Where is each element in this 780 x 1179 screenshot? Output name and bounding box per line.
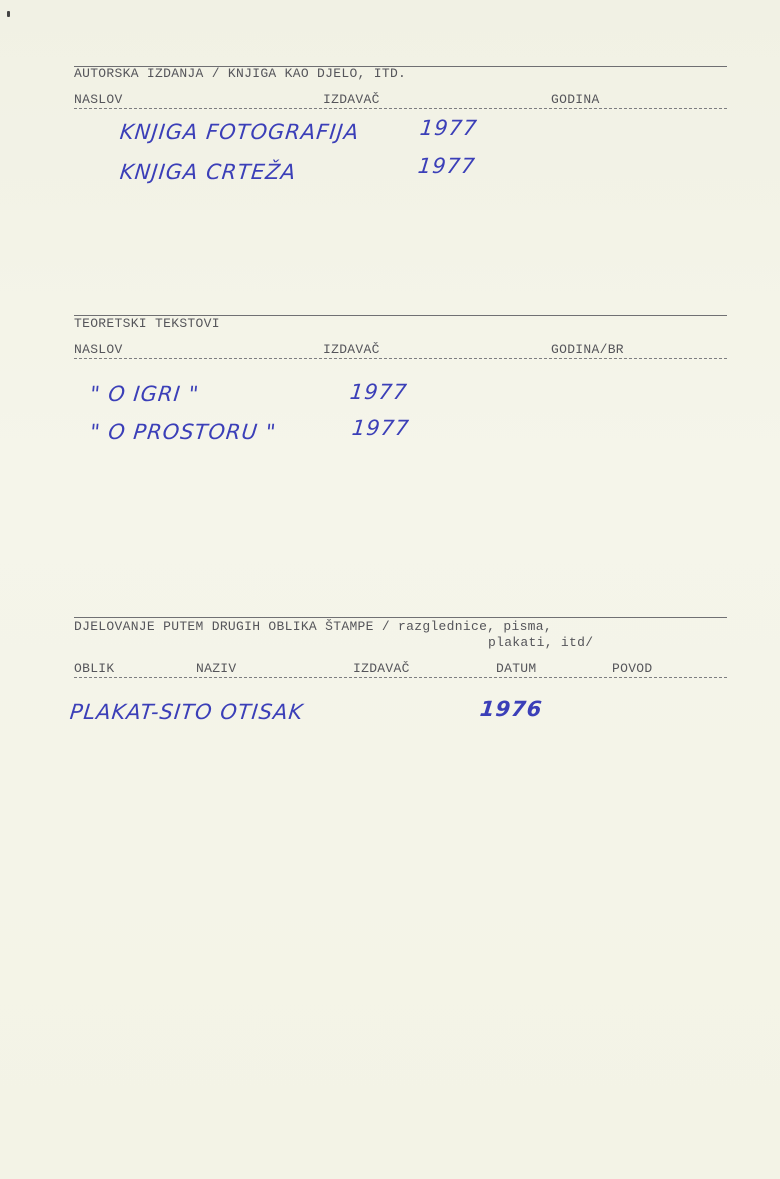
- entry-title: KNJIGA FOTOGRAFIJA: [119, 120, 361, 144]
- column-header-naslov: NASLOV: [74, 342, 123, 357]
- document-page: AUTORSKA IZDANJA / KNJIGA KAO DJELO, ITD…: [0, 0, 780, 1179]
- entry-title: PLAKAT-SITO OTISAK: [69, 700, 305, 724]
- section-title-djelovanje: DJELOVANJE PUTEM DRUGIH OBLIKA ŠTAMPE / …: [74, 619, 552, 634]
- section-title-line2: plakati, itd/: [488, 635, 593, 650]
- header-underline: [74, 108, 727, 109]
- entry-year: 1977: [417, 154, 477, 178]
- column-header-povod: POVOD: [612, 661, 653, 676]
- entry-title: " O PROSTORU ": [89, 420, 278, 444]
- column-header-datum: DATUM: [496, 661, 537, 676]
- entry-title: " O IGRI ": [89, 382, 201, 406]
- entry-year: 1977: [351, 416, 411, 440]
- entry-title: KNJIGA CRTEŽA: [119, 160, 298, 184]
- column-header-naziv: NAZIV: [196, 661, 237, 676]
- column-header-godina: GODINA: [551, 92, 600, 107]
- column-header-izdavac: IZDAVAČ: [323, 342, 380, 357]
- column-header-oblik: OBLIK: [74, 661, 115, 676]
- section-top-rule: [74, 617, 727, 618]
- section-title-teoretski-tekstovi: TEORETSKI TEKSTOVI: [74, 316, 220, 331]
- entry-year: 1977: [349, 380, 409, 404]
- section-title-autorska-izdanja: AUTORSKA IZDANJA / KNJIGA KAO DJELO, ITD…: [74, 66, 406, 81]
- paper-speck: [7, 11, 10, 17]
- entry-year: 1976: [479, 697, 544, 721]
- header-underline: [74, 677, 727, 678]
- column-header-naslov: NASLOV: [74, 92, 123, 107]
- column-header-izdavac: IZDAVAČ: [353, 661, 410, 676]
- entry-year: 1977: [419, 116, 479, 140]
- column-header-izdavac: IZDAVAČ: [323, 92, 380, 107]
- header-underline: [74, 358, 727, 359]
- column-header-godina-br: GODINA/BR: [551, 342, 624, 357]
